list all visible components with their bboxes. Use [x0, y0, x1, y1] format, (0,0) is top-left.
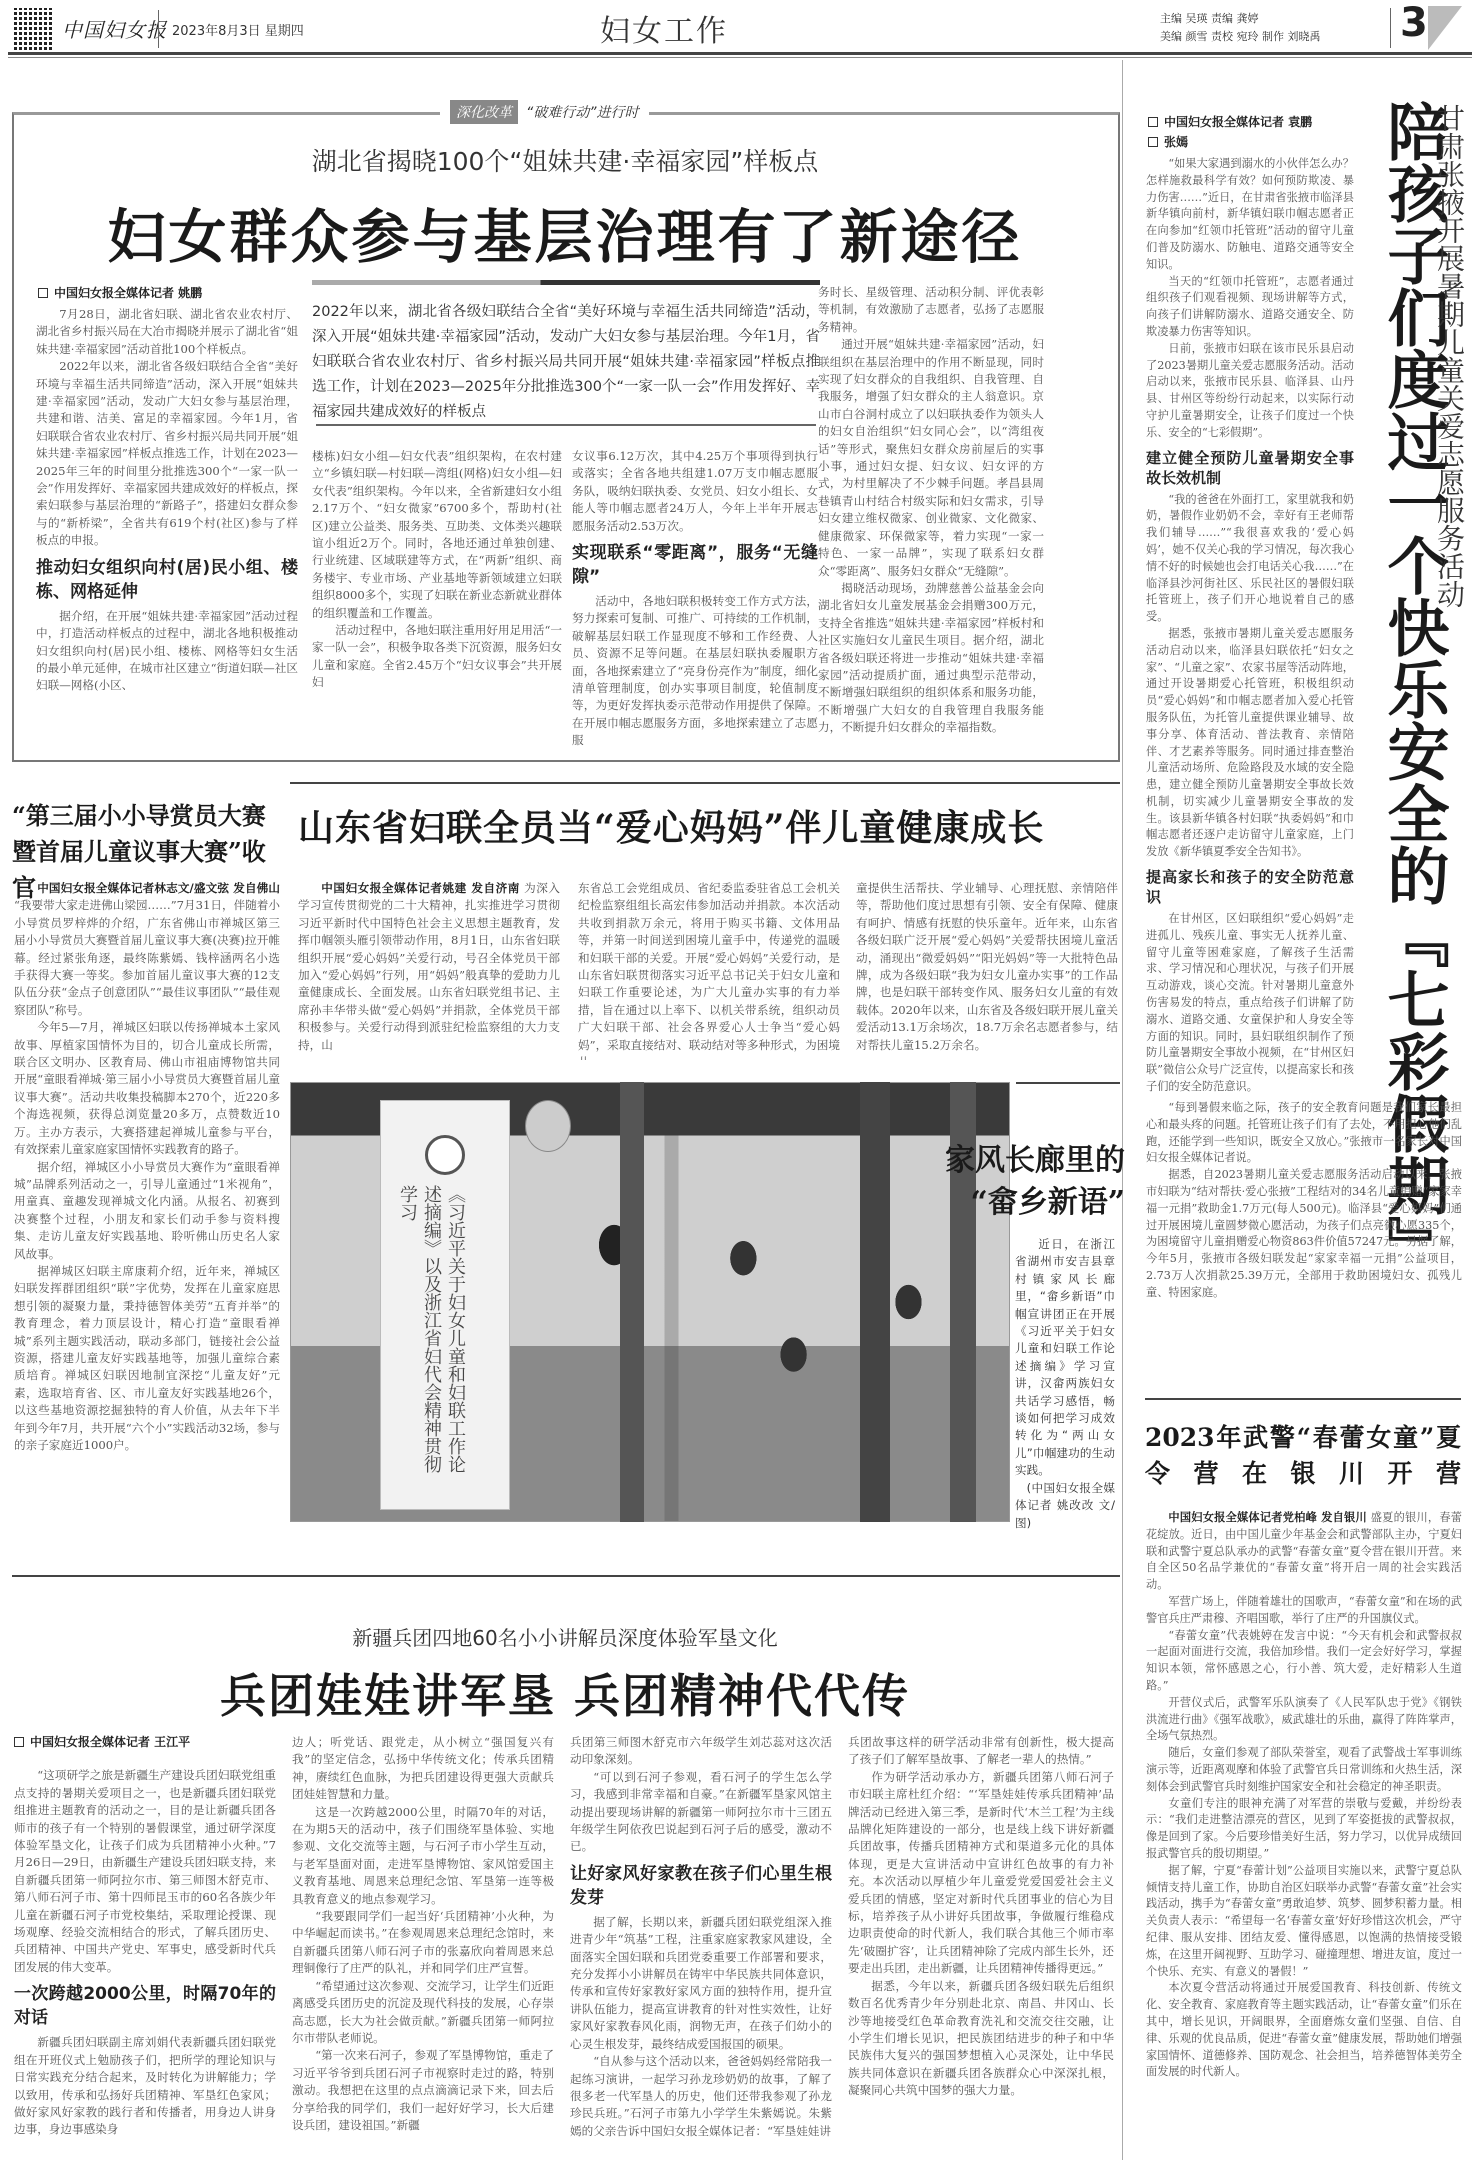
- paragraph: 2022年以来，湖北省各级妇联结合全省“美好环境与幸福生活共同缔造”活动，深入开…: [36, 358, 298, 549]
- paragraph: 据介绍，在开展“姐妹共建·幸福家园”活动过程中，打造活动样板点的过程中，湖北各地…: [36, 608, 298, 695]
- paragraph: 兵团第三师图木舒克市六年级学生刘芯蕊对这次活动印象深刻。: [570, 1734, 832, 1769]
- lantern-icon: [525, 1100, 571, 1152]
- paragraph: 童提供生活帮扶、学业辅导、心理抚慰、亲情陪伴等，帮助他们度过思想有引领、安全有保…: [856, 880, 1118, 1054]
- article-column: 楼栋)妇女小组—妇女代表”组织架构，在农村建立“乡镇妇联—村妇联—湾组(网格)妇…: [312, 448, 562, 758]
- paragraph: 据悉，自2023暑期儿童关爱志愿服务活动启动以来，张掖市妇联为“结对帮扶·爱心张…: [1146, 1167, 1462, 1301]
- article-column: 中国妇女报全媒体记者林志文/盛文弦 发自佛山 “我要带大家走进佛山梁园……”7月…: [14, 880, 280, 1570]
- article-rule: [12, 1575, 1120, 1577]
- byline-text: 张嫣: [1164, 135, 1188, 149]
- paragraph: 活动中，各地妇联积极转变工作方式方法，努力探索可复制、可推广、可持续的工作机制，…: [572, 593, 818, 750]
- photo-credit: (中国妇女报全媒体记者 姚改改 文/图): [1015, 1480, 1115, 1532]
- caption-title-line: 家风长廊里的: [905, 1140, 1125, 1182]
- article-subtitle: 湖北省揭晓100个“姐妹共建·幸福家园”样板点: [0, 142, 1130, 178]
- paragraph: “我要带大家走进佛山梁园……”7月31日，伴随着小小导赏员罗梓烨的介绍，广东省佛…: [14, 898, 280, 1016]
- paragraph: 务时长、星级管理、活动积分制、评优表彰等机制，有效激励了志愿者，弘扬了志愿服务精…: [818, 284, 1044, 336]
- caption-rule: [1016, 1082, 1120, 1084]
- summary-bar: [312, 280, 820, 285]
- article-column: 7月28日，湖北省妇联、湖北省农业农村厅、湖北省乡村振兴局在大冶市揭晓并展示了湖…: [36, 306, 298, 756]
- paragraph: 东省总工会党组成员、省纪委监委驻省总工会机关纪检监察组组长高宏伟参加活动并捐款。…: [578, 880, 840, 1060]
- paragraph: 据悉，张掖市暑期儿童关爱志愿服务活动启动以来，临泽县妇联依托“妇女之家”、“儿童…: [1146, 626, 1354, 861]
- paragraph: 活动过程中，各地妇联注重用好用足用活“一家一队一会”，积极争取各类下沉资源，服务…: [312, 622, 562, 692]
- qr-code-icon[interactable]: [14, 8, 52, 50]
- paragraph: 揭晓活动现场，劲牌慈善公益基金会向湖北省妇女儿童发展基金会捐赠300万元，支持全…: [818, 580, 1044, 737]
- newspaper-logo: 中国妇女报: [62, 14, 167, 43]
- paragraph: 楼栋)妇女小组—妇女代表”组织架构，在农村建立“乡镇妇联—村妇联—湾组(网格)妇…: [312, 448, 562, 622]
- article-column: 女议事6.12万次，其中4.25万个事项得到执行或落实；全省各地共组建1.07万…: [572, 448, 818, 758]
- article-column: 中国妇女报全媒体记者党柏峰 发自银川 盛夏的银川，春蕾花绽放。近日，由中国儿童少…: [1146, 1510, 1462, 2160]
- byline-box-icon: [38, 288, 48, 298]
- paragraph: 当天的“红领巾托管班”，志愿者通过组织孩子们观看视频、现场讲解等方式，向孩子们讲…: [1146, 274, 1354, 341]
- paragraph: “我要跟同学们一起当好‘兵团精神’小火种，为中华崛起而读书。”在参观周恩来总理纪…: [292, 1908, 554, 1978]
- article-column: 东省总工会党组成员、省纪委监委驻省总工会机关纪检监察组组长高宏伟参加活动并捐款。…: [578, 880, 840, 1060]
- article-column: 边人；听党话、跟党走，从小树立“强国复兴有我”的坚定信念，弘扬中华传统文化；传承…: [292, 1734, 554, 2160]
- paragraph: 女议事6.12万次，其中4.25万个事项得到执行或落实；全省各地共组建1.07万…: [572, 448, 818, 535]
- article-rule: [1145, 1398, 1461, 1400]
- byline: 中国妇女报全媒体记者 王江平: [14, 1734, 276, 1751]
- paragraph: 据了解，长期以来，新疆兵团妇联党组深入推进青少年“筑基”工程，注重家庭家教家风建…: [570, 1914, 832, 2053]
- paragraph: 开营仪式后，武警军乐队演奏了《人民军队忠于党》《钢铁洪流进行曲》《强军战歌》，威…: [1146, 1695, 1462, 1745]
- photo-caption: 近日，在浙江省湖州市安吉县章村镇家风长廊里，“畲乡新语”巾帼宣讲团正在开展《习近…: [1015, 1236, 1115, 1532]
- byline-lead: 中国妇女报全媒体记者党柏峰 发自银川: [1168, 1511, 1367, 1524]
- section-title: 妇女工作: [600, 6, 728, 50]
- paragraph: “我的爸爸在外面打工，家里就我和奶奶，暑假作业奶奶不会，幸好有王老师帮我们辅导……: [1146, 492, 1354, 626]
- caption-title-line: “畲乡新语”: [905, 1182, 1125, 1224]
- paragraph: “自从参与这个活动以来，爸爸妈妈经常陪我一起练习演讲，一起学习孙龙珍奶奶的故事，…: [570, 2053, 832, 2140]
- section-subhead: 建立健全预防儿童暑期安全事故长效机制: [1146, 448, 1354, 488]
- paragraph: “可以到石河子参观，看石河子的学生怎么学习，我感到非常幸福和自豪。”在新疆军垦家…: [570, 1769, 832, 1856]
- article-subtitle: 新疆兵团四地60名小小讲解员深度体验军垦文化: [0, 1622, 1130, 1651]
- paragraph: “如果大家遇到溺水的小伙伴怎么办？怎样施救最科学有效？如何预防欺凌、暴力伤害………: [1146, 156, 1354, 274]
- article-subtitle: 甘肃张掖开展暑期儿童关爱志愿服务活动: [1432, 104, 1466, 608]
- publication-date: 2023年8月3日 星期四: [172, 20, 304, 39]
- article-headline[interactable]: 2023年武警“春蕾女童”夏令营在银川开营: [1145, 1420, 1461, 1492]
- page-corner-decoration: [1428, 6, 1462, 50]
- article-column: 务时长、星级管理、活动积分制、评优表彰等机制，有效激励了志愿者，弘扬了志愿服务精…: [818, 284, 1044, 758]
- summary-rule: [316, 424, 816, 426]
- paragraph: “希望通过这次参观、交流学习，让学生们近距离感受兵团历史的沉淀及现代科技的发展，…: [292, 1978, 554, 2048]
- paragraph: 日前，张掖市妇联在该市民乐县启动了2023暑期儿童关爱志愿服务活动。活动启动以来…: [1146, 341, 1354, 442]
- byline-text: 中国妇女报全媒体记者 王江平: [30, 1735, 190, 1749]
- article-headline[interactable]: 妇女群众参与基层治理有了新途径: [0, 190, 1130, 274]
- section-subhead: 一次跨越2000公里，时隔70年的对话: [14, 1982, 276, 2030]
- byline-text: 中国妇女报全媒体记者 姚鹏: [54, 286, 202, 300]
- byline-box-icon: [1148, 137, 1158, 147]
- article-column: 兵团故事这样的研学活动非常有创新性，极大提高了孩子们了解军垦故事、了解老一辈人的…: [848, 1734, 1114, 2160]
- page-number: 3: [1400, 0, 1428, 46]
- column-divider: [1122, 60, 1123, 2160]
- paragraph: 在甘州区，区妇联组织“爱心妈妈”走进孤儿、残疾儿童、事实无人抚养儿童、留守儿童等…: [1146, 911, 1354, 1096]
- byline-lead: 中国妇女报全媒体记者姚建 发自济南: [321, 881, 520, 895]
- paragraph: 军营广场上，伴随着雄壮的国歌声，“春蕾女童”和在场的武警官兵庄严肃穆、齐唱国歌，…: [1146, 1594, 1462, 1628]
- caption-text: 近日，在浙江省湖州市安吉县章村镇家风长廊里，“畲乡新语”巾帼宣讲团正在开展《习近…: [1015, 1236, 1115, 1480]
- paragraph: “每到暑假来临之际，孩子的安全教育问题是我们家长最担心和最头疼的问题。托管班让孩…: [1146, 1100, 1462, 1167]
- masthead: 中国妇女报 2023年8月3日 星期四 妇女工作 主编 吴瑛 责编 龚婷 美编 …: [0, 0, 1472, 56]
- paragraph: 新疆兵团妇联副主席刘娟代表新疆兵团妇联党组在开班仪式上勉励孩子们，把所学的理论知…: [14, 2034, 276, 2138]
- editorial-staff: 主编 吴瑛 责编 龚婷 美编 颜雪 责校 宛玲 制作 刘晓禹: [1160, 10, 1320, 46]
- section-subhead: 推动妇女组织向村(居)民小组、楼栋、网格延伸: [36, 556, 298, 604]
- section-subhead: 让好家风好家教在孩子们心里生根发芽: [570, 1862, 832, 1910]
- article-summary: 2022年以来，湖北省各级妇联结合全省“美好环境与幸福生活共同缔造”活动，深入开…: [312, 300, 820, 425]
- article-headline[interactable]: 兵团娃娃讲军垦 兵团精神代代传: [0, 1660, 1130, 1726]
- byline-lead: 中国妇女报全媒体记者林志文/盛文弦 发自佛山: [37, 881, 280, 895]
- paragraph: 7月28日，湖北省妇联、湖北省农业农村厅、湖北省乡村振兴局在大冶市揭晓并展示了湖…: [36, 306, 298, 358]
- photo-caption-title: 家风长廊里的 “畲乡新语”: [905, 1140, 1125, 1224]
- paragraph: 据介绍，禅城区小小导赏员大赛作为“童眼看禅城”品牌系列活动之一，引导儿童通过“1…: [14, 1159, 280, 1263]
- paragraph: 作为研学活动承办方，新疆兵团第八师石河子市妇联主席杜红介绍：“‘军垦娃娃传承兵团…: [848, 1769, 1114, 1978]
- paragraph: 据悉，今年以来，新疆兵团各级妇联先后组织数百名优秀青少年分别赴北京、南昌、井冈山…: [848, 1978, 1114, 2100]
- staff-line: 主编 吴瑛 责编 龚婷: [1160, 10, 1320, 28]
- staff-line: 美编 颜雪 责校 宛玲 制作 刘晓禹: [1160, 28, 1320, 46]
- paragraph: 边人；听党话、跟党走，从小树立“强国复兴有我”的坚定信念，弘扬中华传统文化；传承…: [292, 1734, 554, 1804]
- masthead-rule: [8, 57, 1472, 58]
- byline: 中国妇女报全媒体记者 袁鹏 张嫣: [1148, 112, 1312, 152]
- photo-pillar: [860, 1082, 890, 1522]
- paragraph: 通过开展“姐妹共建·幸福家园”活动，妇联组织在基层治理中的作用不断显现，同时实现…: [818, 336, 1044, 580]
- article-rule: [290, 782, 1120, 784]
- paragraph: “这项研学之旅是新疆生产建设兵团妇联党组重点支持的暑期关爱项目之一，也是新疆兵团…: [14, 1767, 276, 1976]
- byline: 中国妇女报全媒体记者 姚鹏: [38, 284, 202, 301]
- article-column: 中国妇女报全媒体记者姚建 发自济南 为深入学习宣传贯彻党的二十大精神，扎实推进学…: [298, 880, 560, 1060]
- paragraph: 随后，女童们参观了部队荣誉室，观看了武警战士军事训练演示等，近距离观摩和体验了武…: [1146, 1745, 1462, 1795]
- womens-federation-emblem-icon: [425, 1135, 465, 1175]
- article-headline[interactable]: 山东省妇联全员当“爱心妈妈”伴儿童健康成长: [298, 800, 1044, 851]
- paragraph: 这是一次跨越2000公里，时隔70年的对话，在为期5天的活动中，孩子们围绕军垦体…: [292, 1804, 554, 1908]
- paragraph: 兵团故事这样的研学活动非常有创新性，极大提高了孩子们了解军垦故事、了解老一辈人的…: [848, 1734, 1114, 1769]
- byline-box-icon: [14, 1737, 24, 1747]
- paragraph: 为深入学习宣传贯彻党的二十大精神，扎实推进学习贯彻习近平新时代中国特色社会主义思…: [298, 881, 560, 1052]
- paragraph: “第一次来石河子，参观了军垦博物馆，重走了习近平爷爷到兵团石河子市视察时走过的路…: [292, 2047, 554, 2134]
- article-column: 中国妇女报全媒体记者 王江平 “这项研学之旅是新疆生产建设兵团妇联党组重点支持的…: [14, 1734, 276, 2160]
- paragraph: 女童们专注的眼神充满了对军营的崇敬与爱戴，并纷纷表示：“我们走进整洁漂亮的营区，…: [1146, 1796, 1462, 1863]
- kicker-tag: 深化改革: [450, 100, 518, 124]
- divider: [158, 10, 159, 48]
- divider: [1390, 8, 1391, 48]
- paragraph: 据了解，宁夏“春蕾计划”公益项目实施以来，武警宁夏总队倾情支持儿童工作，协助自治…: [1146, 1863, 1462, 1981]
- kicker-text: “破难行动”进行时: [526, 102, 639, 122]
- column-kicker: 深化改革 “破难行动”进行时: [440, 100, 649, 124]
- paragraph: 本次夏令营活动将通过开展爱国教育、科技创新、传统文化、安全教育、家庭教育等主题实…: [1146, 1980, 1462, 2081]
- section-subhead: 实现联系“零距离”，服务“无缝隙”: [572, 541, 818, 589]
- article-column: 童提供生活帮扶、学业辅导、心理抚慰、亲情陪伴等，帮助他们度过思想有引领、安全有保…: [856, 880, 1118, 1060]
- masthead-rule: [8, 52, 1472, 55]
- article-column: “每到暑假来临之际，孩子的安全教育问题是我们家长最担心和最头疼的问题。托管班让孩…: [1146, 1100, 1462, 1380]
- paragraph: 据禅城区妇联主席康莉介绍，近年来，禅城区妇联发挥群团组织“联”字优势，发挥在儿童…: [14, 1263, 280, 1454]
- article-column: “如果大家遇到溺水的小伙伴怎么办？怎样施救最科学有效？如何预防欺凌、暴力伤害………: [1146, 156, 1354, 1156]
- article-column: 兵团第三师图木舒克市六年级学生刘芯蕊对这次活动印象深刻。 “可以到石河子参观，看…: [570, 1734, 832, 2160]
- paragraph: “春蕾女童”代表姚婷在发言中说：“今天有机会和武警叔叔一起面对面进行交流，我倍加…: [1146, 1628, 1462, 1695]
- photo-pillar: [620, 1082, 644, 1522]
- paragraph: 今年5—7月，禅城区妇联以传扬禅城本土家风故事、厚植家国情怀为目的，切合儿童成长…: [14, 1019, 280, 1158]
- byline-text: 中国妇女报全媒体记者 袁鹏: [1164, 115, 1312, 129]
- byline-box-icon: [1148, 117, 1158, 127]
- banner-text: 《习近平关于妇女儿童和妇联工作论述摘编》以及浙江省妇代会精神贯彻学习: [395, 1185, 467, 1485]
- section-subhead: 提高家长和孩子的安全防范意识: [1146, 867, 1354, 907]
